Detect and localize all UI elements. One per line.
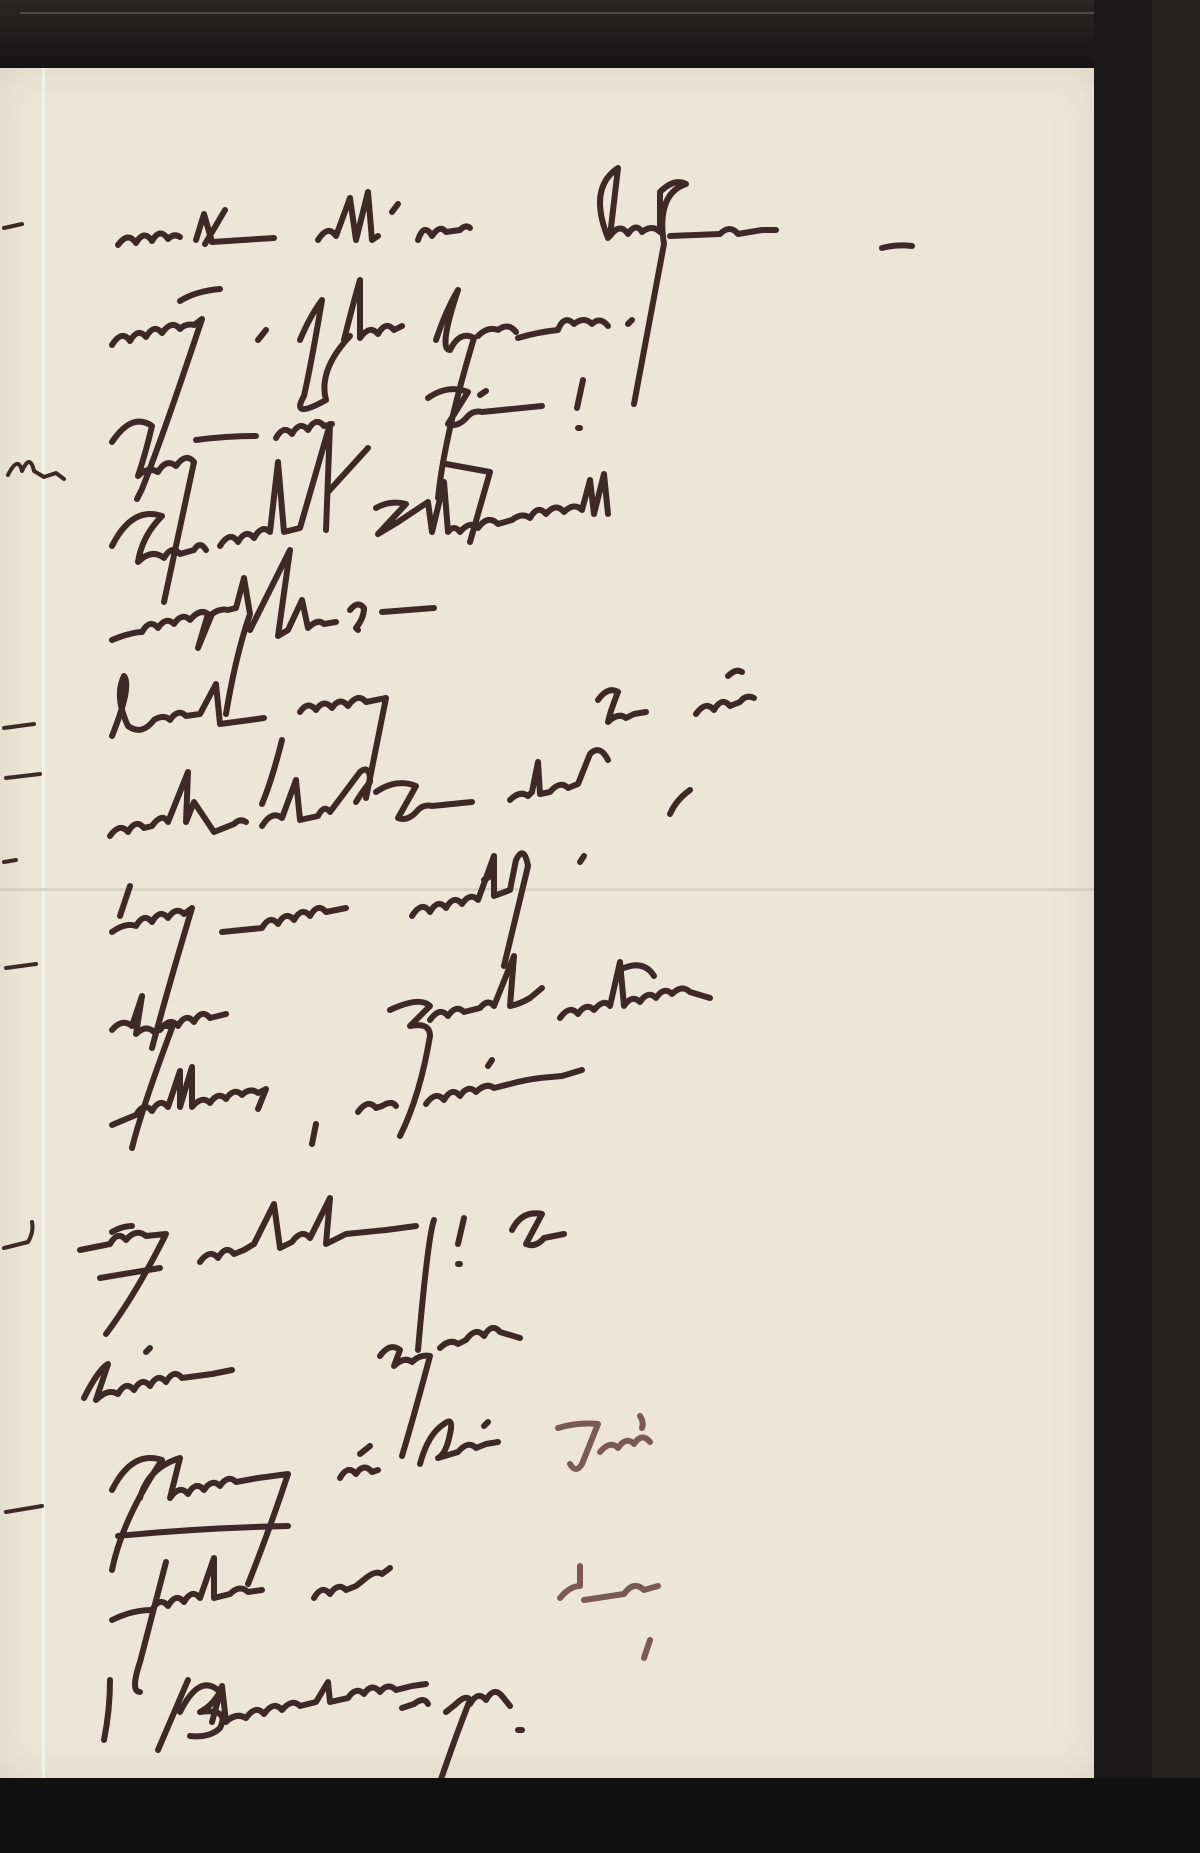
line-3 bbox=[112, 380, 583, 602]
line-10 bbox=[112, 1060, 582, 1144]
line-9 bbox=[112, 956, 710, 1148]
mount-top-band bbox=[0, 0, 1200, 70]
line-13 bbox=[112, 1422, 498, 1584]
line-5 bbox=[112, 550, 434, 714]
line-13-faded bbox=[558, 1416, 650, 1469]
mount-bottom-band bbox=[0, 1778, 1200, 1853]
line-7 bbox=[110, 750, 690, 836]
line-1 bbox=[118, 168, 912, 404]
line-15 bbox=[104, 1680, 522, 1778]
line-6 bbox=[112, 671, 754, 804]
mount-edge-line bbox=[20, 12, 1200, 14]
mount-right-band bbox=[1094, 0, 1154, 1853]
margin-fragments bbox=[4, 224, 64, 1512]
mount-far-edge bbox=[1152, 0, 1200, 1853]
line-2 bbox=[112, 280, 632, 499]
letter-page: mit all der Aufre- gung, ich bin so in S… bbox=[0, 68, 1094, 1778]
line-14-faded bbox=[560, 1566, 658, 1658]
line-12 bbox=[84, 1328, 520, 1456]
handwriting-ink bbox=[0, 68, 1094, 1778]
